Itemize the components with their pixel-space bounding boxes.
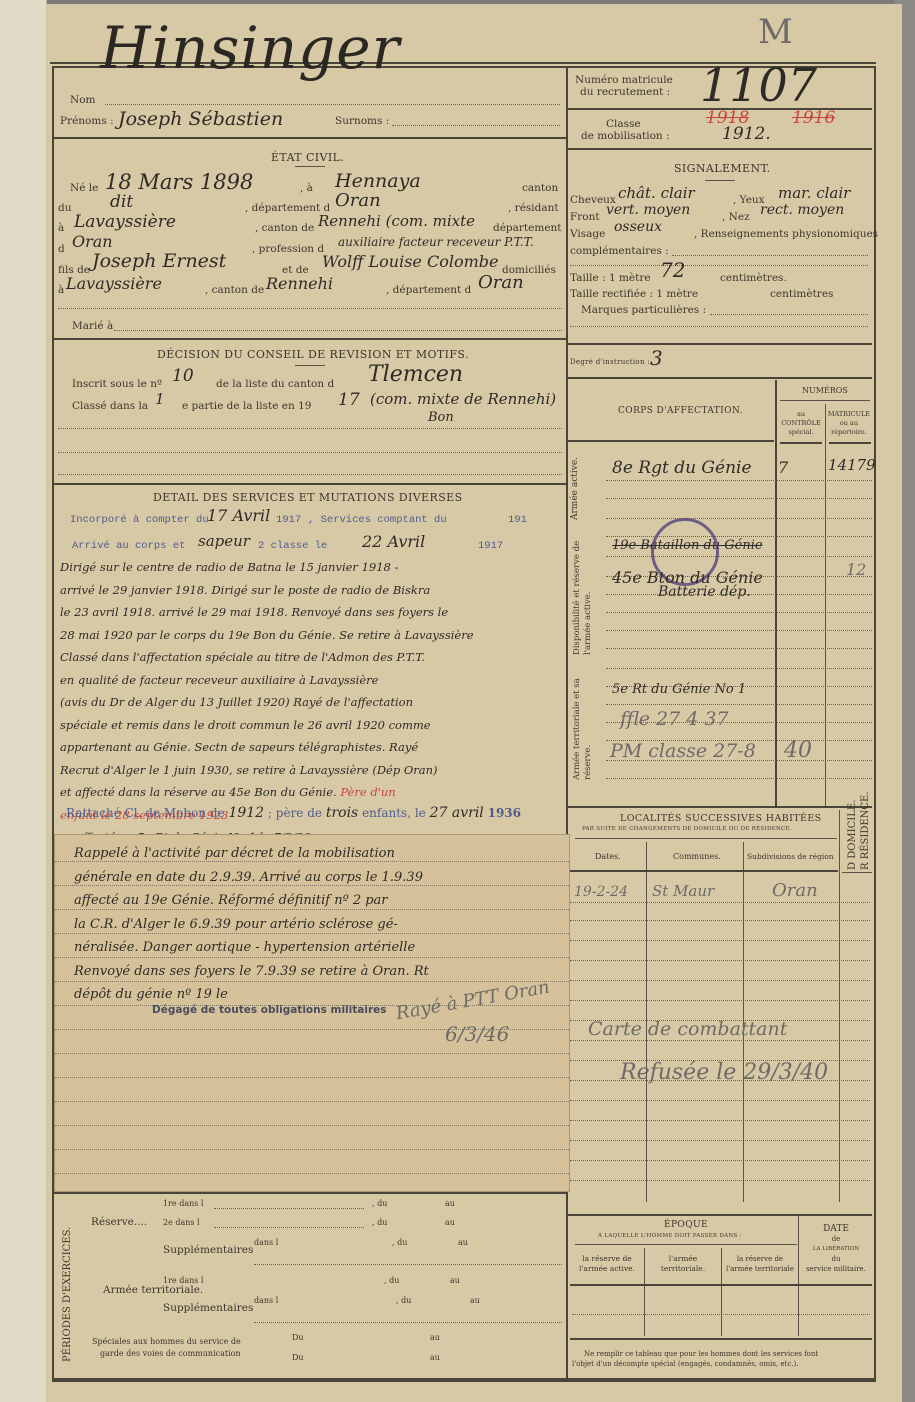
classe-stamp: 2 classe le [258, 540, 327, 552]
note-line: Rappelé à l'activité par décret de la mo… [74, 842, 429, 866]
classe-divider [568, 148, 872, 150]
red-annotation: Père d'un [340, 785, 395, 799]
periodes-side-label: PÉRIODES D'EXERCICES. [62, 1227, 73, 1362]
header-text: LA LIBÉRATION [800, 1244, 872, 1254]
departement3-value: Oran [478, 272, 524, 293]
epoque-rule [575, 1244, 797, 1245]
pencil-refusee-note: Refusée le 29/3/40 [620, 1060, 828, 1085]
note-line: affecté au 19e Génie. Réformé définitif … [74, 889, 429, 913]
front-value: vert. moyen [606, 202, 690, 218]
prenoms-label: Prénoms : [60, 115, 114, 127]
profession-label: , profession d [252, 243, 324, 255]
a2-label: à [58, 222, 64, 234]
partie-label: e partie de la liste en 19 [182, 400, 311, 412]
services-year-stamp: 191 [508, 514, 527, 526]
epoque-bottom [570, 1338, 872, 1340]
localites-subtitle: PAR SUITE DE CHANGEMENTS DE DOMICILE OU … [582, 826, 792, 832]
Du-label: Du [292, 1353, 304, 1362]
col-divider [721, 1248, 722, 1336]
du-label: , du [372, 1199, 387, 1208]
numeros-rule [780, 400, 870, 401]
domicile-label: D DOMICILE. [847, 800, 858, 870]
reserve-2e: 2e dans l [163, 1218, 200, 1227]
localites-bottom [568, 1214, 872, 1216]
d-value: Oran [72, 232, 113, 251]
visage-value: osseux [614, 219, 662, 235]
col-communes: Communes. [673, 852, 721, 861]
title-rule [295, 365, 325, 366]
speciales-label: Spéciales aux hommes du service de [92, 1337, 241, 1346]
signalement-title: SIGNALEMENT. [674, 162, 771, 175]
territoriale-label: Armée territoriale et sa réserve. [572, 670, 594, 780]
reserve-label: Réserve.... [91, 1216, 147, 1228]
surnoms-line [392, 125, 560, 126]
blank-line [58, 474, 562, 475]
service-line: arrivé le 29 janvier 1918. Dirigé sur le… [60, 579, 565, 602]
visage-label: Visage [570, 228, 605, 240]
note-line: dépôt du génie nº 19 le [74, 983, 429, 1007]
service-line: Recrut d'Alger le 1 juin 1930, se retire… [60, 759, 565, 782]
controle-header-bottom [780, 442, 822, 444]
header-text: ou au [826, 419, 872, 428]
au-label: au [430, 1353, 440, 1362]
du-label: du [58, 202, 71, 214]
localites-header-bottom [570, 870, 838, 872]
canton3-value: Rennehi [266, 274, 333, 293]
header-text: de [800, 1234, 872, 1244]
corps-header-bottom [568, 440, 774, 442]
epoque-header-bottom [570, 1284, 872, 1286]
services-comptant-stamp: , Services comptant du [308, 514, 447, 526]
decision-title: DÉCISION DU CONSEIL DE REVISION ET MOTIF… [157, 348, 469, 361]
mother-value: Wolff Louise Colombe [322, 252, 498, 271]
corps-entry-pencil: ffle 27 4 37 [620, 708, 729, 730]
supplementaires-label: Supplémentaires [163, 1302, 253, 1314]
corps-entry: Batterie dép. [658, 584, 751, 600]
col-reserve-active: la réserve de l'armée active. [572, 1254, 642, 1274]
rattache-line: Rattaché Cl. de Mobon de 1912 ; père de … [66, 805, 521, 821]
au-label: au [470, 1296, 480, 1305]
rattache-label: Rattaché Cl. de Mobon de [66, 806, 225, 820]
parents-domicile-value: Lavayssière [66, 274, 162, 293]
controle-value: 40 [784, 738, 812, 763]
marie-label: Marié à [72, 320, 113, 332]
corps-entry-pencil: PM classe 27-8 [610, 740, 756, 762]
date-liberation-header: DATE de LA LIBÉRATION du service militai… [800, 1224, 872, 1274]
nom-label: Nom [70, 94, 95, 106]
ne-le-label: Né le [70, 182, 98, 194]
role-value: sapeur [198, 532, 250, 550]
service-line: (avis du Dr de Alger du 13 Juillet 1920)… [60, 691, 565, 714]
matricule-value: 1107 [700, 58, 817, 112]
arrive-year: 1917 [478, 540, 503, 552]
note-line: la C.R. d'Alger le 6.9.39 pour artério s… [74, 913, 429, 937]
decision-note: (com. mixte de Rennehi) [370, 390, 556, 408]
header-text: service militaire. [800, 1264, 872, 1274]
header-text: DATE [800, 1224, 872, 1234]
header-divider [54, 137, 566, 139]
pencil-carte-note: Carte de combattant [588, 1018, 787, 1040]
birth-date-value: 18 Mars 1898 [105, 170, 253, 194]
service-line: et affecté dans la réserve au 45e Bon du… [60, 785, 337, 799]
matricule-label-2: du recrutement : [580, 86, 670, 98]
rattache-date: 27 avril [430, 805, 484, 821]
residence-label: R RÉSIDENCE. [860, 791, 871, 870]
epoque-subtitle: À LAQUELLE L'HOMME DOIT PASSER DANS : [598, 1233, 742, 1239]
du-label: , du [392, 1238, 407, 1247]
classe-label-1: Classe [606, 118, 641, 130]
taille-rectifiee-label: Taille rectifiée : 1 mètre [570, 288, 698, 300]
localites-rule [575, 838, 837, 839]
departement3-label: , département d [386, 284, 471, 296]
supplementaires-label: Supplémentaires [163, 1244, 253, 1256]
incorpore-stamp: Incorporé à compter du [70, 514, 209, 526]
note-line: générale en date du 2.9.39. Arrivé au co… [74, 866, 429, 890]
birth-place-value: Hennaya [335, 170, 421, 192]
au-label: au [458, 1238, 468, 1247]
bon-value: Bon [428, 410, 454, 425]
etat-civil-title: ÉTAT CIVIL. [271, 151, 344, 164]
nom-line [105, 104, 560, 105]
date-divider [798, 1216, 799, 1336]
canton-de-label: , canton de [255, 222, 314, 234]
fill-line [672, 255, 868, 256]
partie-value: 1 [155, 390, 165, 408]
numeros-title: NUMÉROS [802, 386, 848, 395]
header-text: CONTRÔLE [778, 419, 824, 428]
inscrit-label: Inscrit sous le nº [72, 378, 162, 390]
corps-divider [775, 380, 777, 806]
header-text: du [800, 1254, 872, 1264]
col-divider [644, 1248, 645, 1336]
armee-label: Armée territoriale. [103, 1284, 203, 1296]
locality-subdivision: Oran [772, 880, 818, 901]
residence-value: Lavayssière [74, 212, 176, 232]
periodes-top [54, 1192, 566, 1194]
canton-label: canton [522, 182, 558, 194]
marques-label: Marques particulières : [581, 304, 706, 316]
service-line: Classé dans l'affectation spéciale au ti… [60, 646, 565, 669]
col-dates: Dates. [595, 852, 621, 861]
classe-label-2: de mobilisation : [581, 130, 670, 142]
service-line: en qualité de facteur receveur auxiliair… [60, 669, 565, 692]
classe-value: 1912. [722, 124, 771, 144]
corps-bottom [568, 806, 872, 808]
a3-label: à [58, 284, 64, 296]
header-text: MATRICULE [826, 410, 872, 419]
blank-line [58, 428, 562, 429]
canton3-label: , canton de [205, 284, 264, 296]
footnote-1: Ne remplir ce tableau que pour les homme… [584, 1350, 818, 1358]
du-label: , du [384, 1276, 399, 1285]
incorpore-year: 1917 [276, 514, 301, 526]
degage-stamp: Dégagé de toutes obligations militaires [152, 1004, 387, 1016]
fill-line [214, 1208, 364, 1209]
services-title: DETAIL DES SERVICES ET MUTATIONS DIVERSE… [153, 491, 463, 504]
locality-commune: St Maur [652, 882, 714, 900]
epoque-title: ÉPOQUE [664, 1220, 708, 1230]
bottom-border [52, 1378, 874, 1380]
blank-line [58, 308, 562, 309]
col-reserve-territoriale: la réserve de l'armée territoriale [724, 1254, 796, 1274]
fill-line [570, 265, 868, 266]
controle-value: 7 [778, 458, 788, 477]
front-label: Front [570, 211, 600, 223]
territoriale-1re: 1re dans l [163, 1276, 203, 1285]
fill-line [214, 1227, 364, 1228]
signalement-bottom [568, 343, 872, 345]
fill-line [254, 1264, 562, 1265]
col-territoriale: l'armée territoriale. [648, 1254, 718, 1274]
rattache-year: 1912 [228, 805, 264, 821]
service-line: spéciale et remis dans le droit commun l… [60, 714, 565, 737]
dans-l-label: dans l [254, 1296, 278, 1305]
taille-unit: centimètres. [720, 272, 787, 284]
reserve-1re: 1re dans l [163, 1199, 203, 1208]
canton-decision-value: Tlemcen [368, 362, 463, 387]
incorpore-date: 17 Avril [207, 506, 270, 525]
children-count: trois [326, 805, 358, 821]
binding-strip [0, 0, 47, 1402]
au-label: au [450, 1276, 460, 1285]
blank-line [58, 452, 562, 453]
taille-rectifiee-unit: centimètres [770, 288, 833, 300]
col-subdivisions: Subdivisions de région [747, 852, 834, 861]
dans-l-label: dans l [254, 1238, 278, 1247]
nez-label: , Nez [722, 211, 750, 223]
degre-value: 3 [650, 346, 663, 370]
garde-label: garde des voies de communication [100, 1349, 241, 1358]
localites-side-divider [839, 810, 840, 1202]
surnoms-label: Surnoms : [335, 115, 389, 127]
side-rule [842, 872, 872, 873]
du-label: , du [372, 1218, 387, 1227]
departement2-label: département [493, 222, 562, 234]
du-label: , du [396, 1296, 411, 1305]
arrive-stamp: Arrivé au corps et [72, 540, 185, 552]
numeros-divider [825, 404, 826, 806]
classe-struck-2: 1916 [792, 108, 835, 128]
service-line: appartenant au Génie. Sectn de sapeurs t… [60, 736, 565, 759]
header-text: spécial. [778, 428, 824, 437]
decision-bottom [54, 483, 566, 485]
cheveux-value: chât. clair [618, 184, 695, 202]
matricule-value: 14179 [828, 456, 876, 474]
nez-value: rect. moyen [760, 202, 844, 218]
fill-line [570, 326, 868, 327]
note-line: néralisée. Danger aortique - hypertensio… [74, 936, 429, 960]
matricule-label-1: Numéro matricule [575, 74, 673, 86]
surname-value: Hinsinger [100, 14, 400, 82]
departement-value: Oran [335, 190, 381, 211]
renseignements-label: , Renseignements physionomiques [694, 228, 878, 240]
rattache-year2: 1936 [488, 806, 521, 820]
yeux-value: mar. clair [778, 184, 850, 202]
col-matricule-header: MATRICULE ou au répertoire. [826, 410, 872, 437]
pencil-date: 6/3/46 [445, 1022, 509, 1046]
title-rule [295, 166, 325, 167]
taille-label: Taille : 1 mètre [570, 272, 651, 284]
annee-value: 17 [338, 390, 360, 410]
residant-label: , résidant [508, 202, 559, 214]
note-line: Renvoyé dans ses foyers le 7.9.39 se ret… [74, 960, 429, 984]
title-rule [705, 180, 735, 181]
degre-bottom [568, 377, 872, 379]
inscrit-value: 10 [172, 366, 194, 386]
service-line: le 23 avril 1918. arrivé le 29 mai 1918.… [60, 601, 565, 624]
fill-line [710, 314, 868, 315]
au-label: au [445, 1199, 455, 1208]
canton-de-value: Rennehi (com. mixte [318, 212, 475, 230]
corps-title: CORPS D'AFFECTATION. [618, 406, 743, 416]
matricule-value: 12 [846, 560, 866, 579]
Du-label: Du [292, 1333, 304, 1342]
disponibilite-label: Disponibilité et réserve de l'armée acti… [572, 535, 594, 655]
locality-date: 19-2-24 [574, 884, 628, 900]
corps-entry: 5e Rt du Génie No 1 [612, 682, 746, 697]
localites-title: LOCALITÉS SUCCESSIVES HABITÉES [620, 813, 822, 824]
profession-value: auxiliaire facteur receveur P.T.T. [338, 235, 534, 249]
liste-canton-label: de la liste du canton d [216, 378, 334, 390]
au-label: au [445, 1218, 455, 1227]
header-text: répertoire. [826, 428, 872, 437]
armee-active-label: Armée active. [570, 457, 580, 520]
arrive-date: 22 Avril [362, 532, 425, 551]
classe-dans-label: Classé dans la [72, 400, 148, 412]
taille-value: 72 [660, 258, 685, 282]
pencil-mark: M [758, 12, 793, 52]
service-line: 28 mai 1920 par le corps du 19e Bon du G… [60, 624, 565, 647]
fill-line [254, 1322, 562, 1323]
canton-value: dit [110, 192, 133, 212]
corps-entry: 8e Rgt du Génie [612, 458, 752, 478]
prenoms-value: Joseph Sébastien [118, 108, 283, 130]
etat-civil-bottom [54, 338, 566, 340]
marie-line [114, 330, 562, 331]
au-label: au [430, 1333, 440, 1342]
matricule-header-bottom [829, 442, 871, 444]
service-line: Dirigé sur le centre de radio de Batna l… [60, 556, 565, 579]
complementaires-label: complémentaires : [570, 245, 669, 257]
degre-label: Degré d'instruction : [570, 358, 650, 366]
pasted-note-text: Rappelé à l'activité par décret de la mo… [74, 842, 429, 1007]
father-value: Joseph Ernest [92, 250, 226, 272]
col-controle-header: au CONTRÔLE spécial. [778, 410, 824, 437]
rattache-label: ; père de [268, 806, 322, 820]
d-label: d [58, 243, 65, 255]
header-text: au [778, 410, 824, 419]
rattache-label: enfants, le [362, 806, 426, 820]
footnote-2: l'objet d'un décompte spécial (engagés, … [572, 1360, 798, 1368]
a-label: , à [300, 182, 313, 194]
